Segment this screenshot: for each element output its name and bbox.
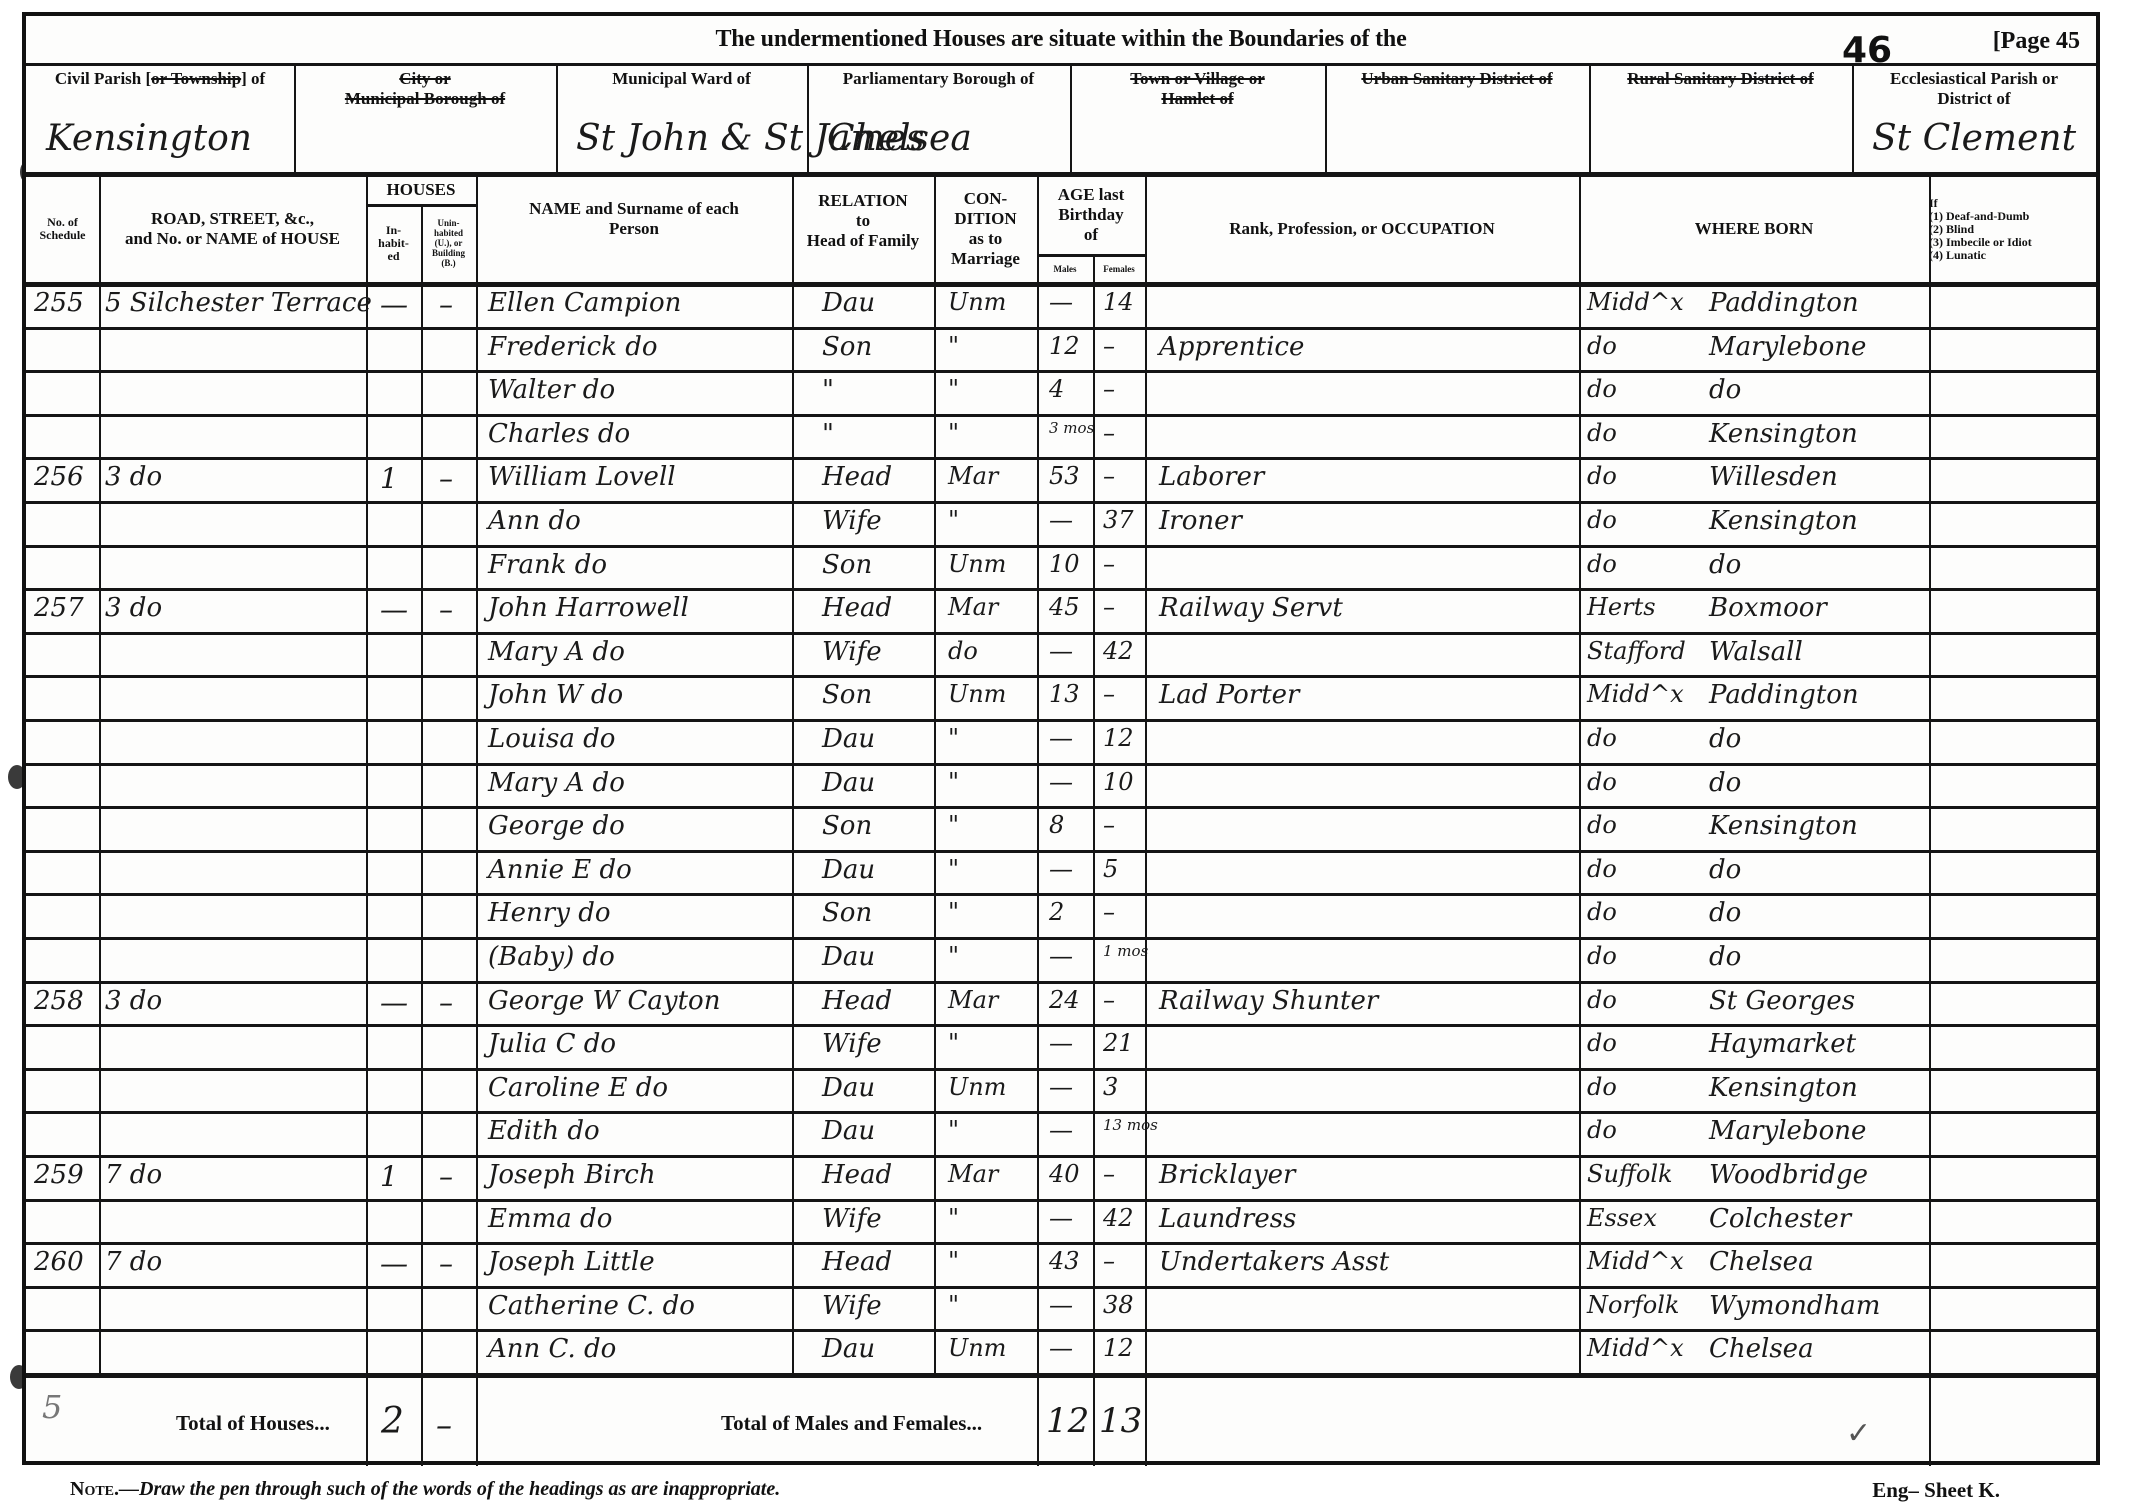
female-age: 12 <box>1103 724 1134 752</box>
header-uninhabited-line: (B.) <box>441 258 455 268</box>
male-age: 13 <box>1049 680 1080 708</box>
relation: " <box>822 419 834 449</box>
table-row: 2573 do—–John HarrowellHeadMar45–Railway… <box>26 589 2096 633</box>
schedule-number: 260 <box>34 1247 84 1277</box>
person-name: Walter do <box>488 375 615 405</box>
birth-county: do <box>1587 506 1617 534</box>
marital-condition: " <box>948 1204 959 1232</box>
uninhabited-count: – <box>439 986 453 1019</box>
person-name: (Baby) do <box>488 942 615 972</box>
female-age: 13 mos <box>1103 1116 1158 1134</box>
birth-county: Stafford <box>1587 637 1686 665</box>
birth-county: do <box>1587 332 1617 360</box>
header-relation: RELATIONtoHead of Family <box>792 176 934 266</box>
marital-condition: " <box>948 1291 959 1319</box>
marital-condition: Mar <box>948 1160 998 1188</box>
header-condition-line: as to <box>969 229 1003 249</box>
male-age: — <box>1049 1334 1073 1362</box>
header-inhabited-line: ed <box>388 250 400 263</box>
boundary-label-part: Municipal Borough of <box>345 89 505 108</box>
marital-condition: Unm <box>948 288 1006 316</box>
birth-county: Herts <box>1587 593 1656 621</box>
birth-place: Willesden <box>1709 462 1838 492</box>
female-age: – <box>1103 1160 1115 1188</box>
male-age: — <box>1049 1291 1073 1319</box>
birth-county: Midd^x <box>1587 1247 1684 1275</box>
boundary-town-village: Town or Village orHamlet of <box>1070 63 1325 173</box>
marital-condition: Unm <box>948 1073 1006 1101</box>
boundary-label: Ecclesiastical Parish orDistrict of <box>1852 69 2096 109</box>
birth-place: Woodbridge <box>1709 1160 1868 1190</box>
header-occupation-text: Rank, Profession, or OCCUPATION <box>1229 219 1495 239</box>
person-name: Charles do <box>488 419 630 449</box>
boundary-value: Kensington <box>46 118 252 159</box>
page-number: [Page 45 <box>1993 28 2080 55</box>
relation: Wife <box>822 1291 882 1321</box>
birth-place: do <box>1709 898 1741 928</box>
birth-county: do <box>1587 419 1617 447</box>
marital-condition: " <box>948 724 959 752</box>
boundary-label-part: City or <box>399 69 450 88</box>
male-age: 10 <box>1049 550 1080 578</box>
header-name-line: Person <box>609 219 659 239</box>
birth-place: do <box>1709 724 1741 754</box>
birth-place: Marylebone <box>1709 332 1866 362</box>
male-age: — <box>1049 1029 1073 1057</box>
birth-place: Haymarket <box>1709 1029 1856 1059</box>
male-age: 4 <box>1049 375 1064 403</box>
header-females-text: Females <box>1103 264 1135 274</box>
birth-county: do <box>1587 942 1617 970</box>
margin-tally: 5 <box>42 1388 62 1426</box>
header-inhabited-line: In- <box>386 224 401 237</box>
male-age: — <box>1049 1116 1073 1144</box>
boundary-rural-sanitary-district: Rural Sanitary District of <box>1589 63 1852 173</box>
table-row: Henry doSon"2–dodo <box>26 894 2096 938</box>
schedule-number: 258 <box>34 986 84 1016</box>
header-males: Males <box>1037 256 1093 282</box>
person-name: Ellen Campion <box>488 288 681 318</box>
relation: Dau <box>822 1334 875 1364</box>
occupation: Bricklayer <box>1159 1160 1296 1190</box>
boundary-municipal-ward: Municipal Ward ofSt John & St James <box>556 63 807 173</box>
relation: Dau <box>822 855 875 885</box>
header-schedule: No. ofSchedule <box>26 176 99 282</box>
boundary-label-part: Civil Parish [ <box>55 69 151 88</box>
relation: Wife <box>822 1029 882 1059</box>
boundary-civil-parish: Civil Parish [or Township] ofKensington <box>26 63 294 173</box>
marital-condition: " <box>948 855 959 883</box>
female-age: – <box>1103 680 1115 708</box>
relation: Son <box>822 811 872 841</box>
birth-place: Kensington <box>1709 811 1858 841</box>
marital-condition: " <box>948 332 959 360</box>
female-age: – <box>1103 419 1115 447</box>
female-age: 38 <box>1103 1291 1134 1319</box>
boundary-parliamentary-borough: Parliamentary Borough ofChelsea <box>807 63 1070 173</box>
header-road-line: ROAD, STREET, &c., <box>151 209 314 229</box>
header-disability-line: (2) Blind <box>1929 223 1974 236</box>
boundary-label-part: Municipal Ward of <box>612 69 751 88</box>
birth-place: Walsall <box>1709 637 1803 667</box>
person-name: Frank do <box>488 550 607 580</box>
birth-county: do <box>1587 1029 1617 1057</box>
boundary-label: City orMunicipal Borough of <box>294 69 556 109</box>
header-name-line: NAME and Surname of each <box>529 199 739 219</box>
relation: Son <box>822 550 872 580</box>
header-uninhabited-line: Building <box>432 248 465 258</box>
footnote-text: —Draw the pen through such of the words … <box>119 1478 780 1500</box>
birth-county: Midd^x <box>1587 1334 1684 1362</box>
birth-county: do <box>1587 550 1617 578</box>
table-row: Walter do""4–dodo <box>26 371 2096 415</box>
male-age: — <box>1049 637 1073 665</box>
male-age: — <box>1049 288 1073 316</box>
header-age-line: AGE last <box>1058 185 1125 205</box>
female-age: 14 <box>1103 288 1134 316</box>
schedule-number: 255 <box>34 288 84 318</box>
person-name: John Harrowell <box>488 593 689 623</box>
boundary-label-part: Ecclesiastical Parish or <box>1890 69 2058 88</box>
person-name: Emma do <box>488 1204 612 1234</box>
male-age: 12 <box>1049 332 1080 360</box>
male-age: 45 <box>1049 593 1080 621</box>
header-name: NAME and Surname of eachPerson <box>476 176 792 262</box>
relation: Dau <box>822 1073 875 1103</box>
header-condition: CON-DITIONas toMarriage <box>934 176 1037 282</box>
person-name: George do <box>488 811 625 841</box>
schedule-number: 259 <box>34 1160 84 1190</box>
relation: Wife <box>822 637 882 667</box>
total-females: 13 <box>1099 1401 1142 1441</box>
person-name: Edith do <box>488 1116 600 1146</box>
header-houses-text: HOUSES <box>387 180 456 200</box>
birth-county: do <box>1587 1116 1617 1144</box>
marital-condition: " <box>948 811 959 839</box>
person-name: William Lovell <box>488 462 676 492</box>
person-name: Catherine C. do <box>488 1291 695 1321</box>
uninhabited-count: – <box>439 593 453 626</box>
relation: Head <box>822 986 892 1016</box>
birth-place: Wymondham <box>1709 1291 1880 1321</box>
table-row: (Baby) doDau"—1 mosdodo <box>26 938 2096 982</box>
address: 7 do <box>105 1247 162 1277</box>
birth-county: do <box>1587 986 1617 1014</box>
person-name: Frederick do <box>488 332 658 362</box>
boundary-label: Civil Parish [or Township] of <box>26 69 294 89</box>
table-row: Mary A doDau"—10dodo <box>26 764 2096 808</box>
header-where-born: WHERE BORN <box>1579 176 1929 282</box>
relation: Son <box>822 680 872 710</box>
sheet-identifier: Eng– Sheet K. <box>1872 1478 2000 1503</box>
boundary-label: Urban Sanitary District of <box>1325 69 1589 89</box>
boundary-label-part: District of <box>1937 89 2010 108</box>
male-age: — <box>1049 942 1073 970</box>
person-name: Mary A do <box>488 637 625 667</box>
boundary-ecclesiastical-parish: Ecclesiastical Parish orDistrict ofSt Cl… <box>1852 63 2096 173</box>
table-row: John W doSonUnm13–Lad PorterMidd^xPaddin… <box>26 676 2096 720</box>
header-schedule-line: Schedule <box>39 229 85 242</box>
marital-condition: " <box>948 768 959 796</box>
table-row: 2555 Silchester Terrace—–Ellen CampionDa… <box>26 284 2096 328</box>
female-age: 21 <box>1103 1029 1134 1057</box>
female-age: 42 <box>1103 637 1134 665</box>
male-age: — <box>1049 724 1073 752</box>
table-row: Louisa doDau"—12dodo <box>26 720 2096 764</box>
birth-place: Kensington <box>1709 419 1858 449</box>
address: 7 do <box>105 1160 162 1190</box>
male-age: — <box>1049 855 1073 883</box>
header-age-line: Birthday <box>1058 205 1123 225</box>
person-name: Henry do <box>488 898 610 928</box>
relation: Head <box>822 462 892 492</box>
birth-place: Paddington <box>1709 680 1859 710</box>
male-age: 40 <box>1049 1160 1080 1188</box>
marital-condition: " <box>948 1247 959 1275</box>
marital-condition: " <box>948 942 959 970</box>
marital-condition: Unm <box>948 550 1006 578</box>
marital-condition: " <box>948 375 959 403</box>
person-name: Julia C do <box>488 1029 616 1059</box>
boundary-label: Municipal Ward of <box>556 69 807 89</box>
address: 3 do <box>105 593 162 623</box>
inhabited-count: 1 <box>380 1160 398 1193</box>
marital-condition: Mar <box>948 462 998 490</box>
header-houses: HOUSES <box>366 176 476 204</box>
boundary-urban-sanitary-district: Urban Sanitary District of <box>1325 63 1589 173</box>
female-age: – <box>1103 593 1115 621</box>
marital-condition: Mar <box>948 986 998 1014</box>
person-name: John W do <box>488 680 623 710</box>
birth-county: Midd^x <box>1587 680 1684 708</box>
birth-county: Norfolk <box>1587 1291 1679 1319</box>
header-road-line: and No. or NAME of HOUSE <box>125 229 340 249</box>
total-inhabited: 2 <box>381 1401 404 1442</box>
birth-place: Colchester <box>1709 1204 1851 1234</box>
uninhabited-count: – <box>439 1160 453 1193</box>
female-age: – <box>1103 550 1115 578</box>
birth-place: Marylebone <box>1709 1116 1866 1146</box>
header-relation-line: to <box>856 211 870 231</box>
relation: Head <box>822 1160 892 1190</box>
marital-condition: " <box>948 419 959 447</box>
relation: Son <box>822 898 872 928</box>
female-age: – <box>1103 462 1115 490</box>
male-age: — <box>1049 1204 1073 1232</box>
table-row: George doSon"8–doKensington <box>26 807 2096 851</box>
birth-place: do <box>1709 550 1741 580</box>
boundary-label-part: ] of <box>241 69 265 88</box>
male-age: — <box>1049 768 1073 796</box>
boundary-label-part: Parliamentary Borough of <box>843 69 1034 88</box>
address: 5 Silchester Terrace <box>105 288 372 318</box>
footnote: Note.—Draw the pen through such of the w… <box>70 1478 780 1501</box>
table-row: 2607 do—–Joseph LittleHead"43–Undertaker… <box>26 1243 2096 1287</box>
person-name: Ann do <box>488 506 581 536</box>
marital-condition: do <box>948 637 978 665</box>
boundary-label-part: Rural Sanitary District of <box>1627 69 1814 88</box>
boundary-label-part: Town or Village or <box>1130 69 1265 88</box>
boundary-label: Rural Sanitary District of <box>1589 69 1852 89</box>
boundary-label-part: Urban Sanitary District of <box>1361 69 1552 88</box>
female-age: – <box>1103 898 1115 926</box>
boundary-value: Chelsea <box>827 118 972 159</box>
birth-place: Paddington <box>1709 288 1859 318</box>
marital-condition: Unm <box>948 680 1006 708</box>
check-mark: ✓ <box>1846 1416 1871 1451</box>
header-inhabited: In-habit-ed <box>366 204 421 282</box>
table-row: Emma doWife"—42LaundressEssexColchester <box>26 1200 2096 1244</box>
relation: Head <box>822 1247 892 1277</box>
birth-place: do <box>1709 375 1741 405</box>
header-disability: If(1) Deaf-and-Dumb(2) Blind(3) Imbecile… <box>1929 176 2096 282</box>
occupation: Laborer <box>1159 462 1264 492</box>
marital-condition: " <box>948 506 959 534</box>
birth-place: Kensington <box>1709 1073 1858 1103</box>
inhabited-count: — <box>380 288 408 321</box>
boundary-label: Parliamentary Borough of <box>807 69 1070 89</box>
birth-place: do <box>1709 855 1741 885</box>
birth-county: do <box>1587 462 1617 490</box>
female-age: 12 <box>1103 1334 1134 1362</box>
table-row: Caroline E doDauUnm—3doKensington <box>26 1069 2096 1113</box>
total-uninhabited: – <box>436 1406 452 1444</box>
schedule-number: 256 <box>34 462 84 492</box>
uninhabited-count: – <box>439 288 453 321</box>
header-age-line: of <box>1084 225 1098 245</box>
female-age: 5 <box>1103 855 1118 883</box>
marital-condition: Unm <box>948 1334 1006 1362</box>
footnote-lead: Note. <box>70 1478 119 1500</box>
schedule-number: 257 <box>34 593 84 623</box>
header-occupation: Rank, Profession, or OCCUPATION <box>1145 176 1579 282</box>
person-name: Joseph Birch <box>488 1160 656 1190</box>
birth-place: Boxmoor <box>1709 593 1827 623</box>
birth-place: Kensington <box>1709 506 1858 536</box>
occupation: Railway Servt <box>1159 593 1343 623</box>
female-age: – <box>1103 1247 1115 1275</box>
table-row: Frederick doSon"12–ApprenticedoMarylebon… <box>26 328 2096 372</box>
header-condition-line: CON- <box>964 189 1007 209</box>
relation: Dau <box>822 942 875 972</box>
birth-county: do <box>1587 768 1617 796</box>
relation: " <box>822 375 834 405</box>
header-relation-line: Head of Family <box>807 231 919 251</box>
birth-place: St Georges <box>1709 986 1855 1016</box>
address: 3 do <box>105 986 162 1016</box>
male-age: 8 <box>1049 811 1064 839</box>
female-age: – <box>1103 332 1115 360</box>
occupation: Apprentice <box>1159 332 1304 362</box>
birth-place: Chelsea <box>1709 1247 1814 1277</box>
male-age: 24 <box>1049 986 1080 1014</box>
header-disability-line: (4) Lunatic <box>1929 249 1986 262</box>
female-age: 1 mos <box>1103 942 1148 960</box>
relation: Son <box>822 332 872 362</box>
census-sheet: The undermentioned Houses are situate wi… <box>22 12 2100 1465</box>
header-disability-line: (1) Deaf-and-Dumb <box>1929 210 2029 223</box>
sheet-title: The undermentioned Houses are situate wi… <box>26 26 2096 53</box>
uninhabited-count: – <box>439 1247 453 1280</box>
table-row: Mary A doWifedo—42StaffordWalsall <box>26 633 2096 677</box>
uninhabited-count: – <box>439 462 453 495</box>
birth-county: do <box>1587 855 1617 883</box>
person-name: Annie E do <box>488 855 632 885</box>
total-houses-label: Total of Houses... <box>176 1411 330 1436</box>
male-age: — <box>1049 506 1073 534</box>
table-row: Edith doDau"—13 mosdoMarylebone <box>26 1112 2096 1156</box>
header-disability-line: (3) Imbecile or Idiot <box>1929 236 2032 249</box>
table-row: 2563 do1–William LovellHeadMar53–Laborer… <box>26 458 2096 502</box>
header-uninhabited-line: Unin- <box>437 218 459 228</box>
boundary-label-part: Hamlet of <box>1161 89 1233 108</box>
occupation: Ironer <box>1159 506 1242 536</box>
totals-top-rule <box>26 1373 2096 1378</box>
table-row: Frank doSonUnm10–dodo <box>26 546 2096 590</box>
birth-place: do <box>1709 942 1741 972</box>
table-row: 2597 do1–Joseph BirchHeadMar40–Bricklaye… <box>26 1156 2096 1200</box>
person-name: George W Cayton <box>488 986 720 1016</box>
female-age: 42 <box>1103 1204 1134 1232</box>
boundary-label: Town or Village orHamlet of <box>1070 69 1325 109</box>
male-age: 2 <box>1049 898 1064 926</box>
birth-place: Chelsea <box>1709 1334 1814 1364</box>
total-males: 12 <box>1046 1401 1089 1441</box>
boundary-municipal-borough: City orMunicipal Borough of <box>294 63 556 173</box>
relation: Wife <box>822 506 882 536</box>
inhabited-count: — <box>380 1247 408 1280</box>
marital-condition: Mar <box>948 593 998 621</box>
header-condition-line: Marriage <box>951 249 1020 269</box>
header-where-born-text: WHERE BORN <box>1695 219 1814 239</box>
header-inhabited-line: habit- <box>378 237 409 250</box>
marital-condition: " <box>948 1029 959 1057</box>
male-age: 53 <box>1049 462 1080 490</box>
table-row: Catherine C. doWife"—38NorfolkWymondham <box>26 1287 2096 1331</box>
birth-county: do <box>1587 724 1617 752</box>
female-age: 10 <box>1103 768 1134 796</box>
table-row: Ann C. doDauUnm—12Midd^xChelsea <box>26 1330 2096 1374</box>
birth-county: Essex <box>1587 1204 1657 1232</box>
person-name: Mary A do <box>488 768 625 798</box>
relation: Wife <box>822 1204 882 1234</box>
inhabited-count: — <box>380 986 408 1019</box>
person-name: Louisa do <box>488 724 615 754</box>
occupation: Lad Porter <box>1159 680 1299 710</box>
person-name: Joseph Little <box>488 1247 655 1277</box>
header-relation-line: RELATION <box>818 191 907 211</box>
header-uninhabited: Unin-habited(U.), orBuilding(B.) <box>421 204 476 282</box>
birth-county: do <box>1587 898 1617 926</box>
table-row: Julia C doWife"—21doHaymarket <box>26 1025 2096 1069</box>
birth-county: Midd^x <box>1587 288 1684 316</box>
birth-county: Suffolk <box>1587 1160 1673 1188</box>
birth-place: do <box>1709 768 1741 798</box>
male-age: 3 mos <box>1049 419 1094 437</box>
header-condition-line: DITION <box>954 209 1016 229</box>
header-females: Females <box>1093 256 1145 282</box>
birth-county: do <box>1587 375 1617 403</box>
relation: Dau <box>822 1116 875 1146</box>
inhabited-count: 1 <box>380 462 398 495</box>
person-name: Caroline E do <box>488 1073 668 1103</box>
table-row: Annie E doDau"—5dodo <box>26 851 2096 895</box>
header-uninhabited-line: (U.), or <box>435 238 463 248</box>
header-road: ROAD, STREET, &c.,and No. or NAME of HOU… <box>99 176 366 282</box>
header-males-text: Males <box>1054 264 1077 274</box>
female-age: – <box>1103 375 1115 403</box>
boundary-label-part: or Township <box>151 69 241 88</box>
